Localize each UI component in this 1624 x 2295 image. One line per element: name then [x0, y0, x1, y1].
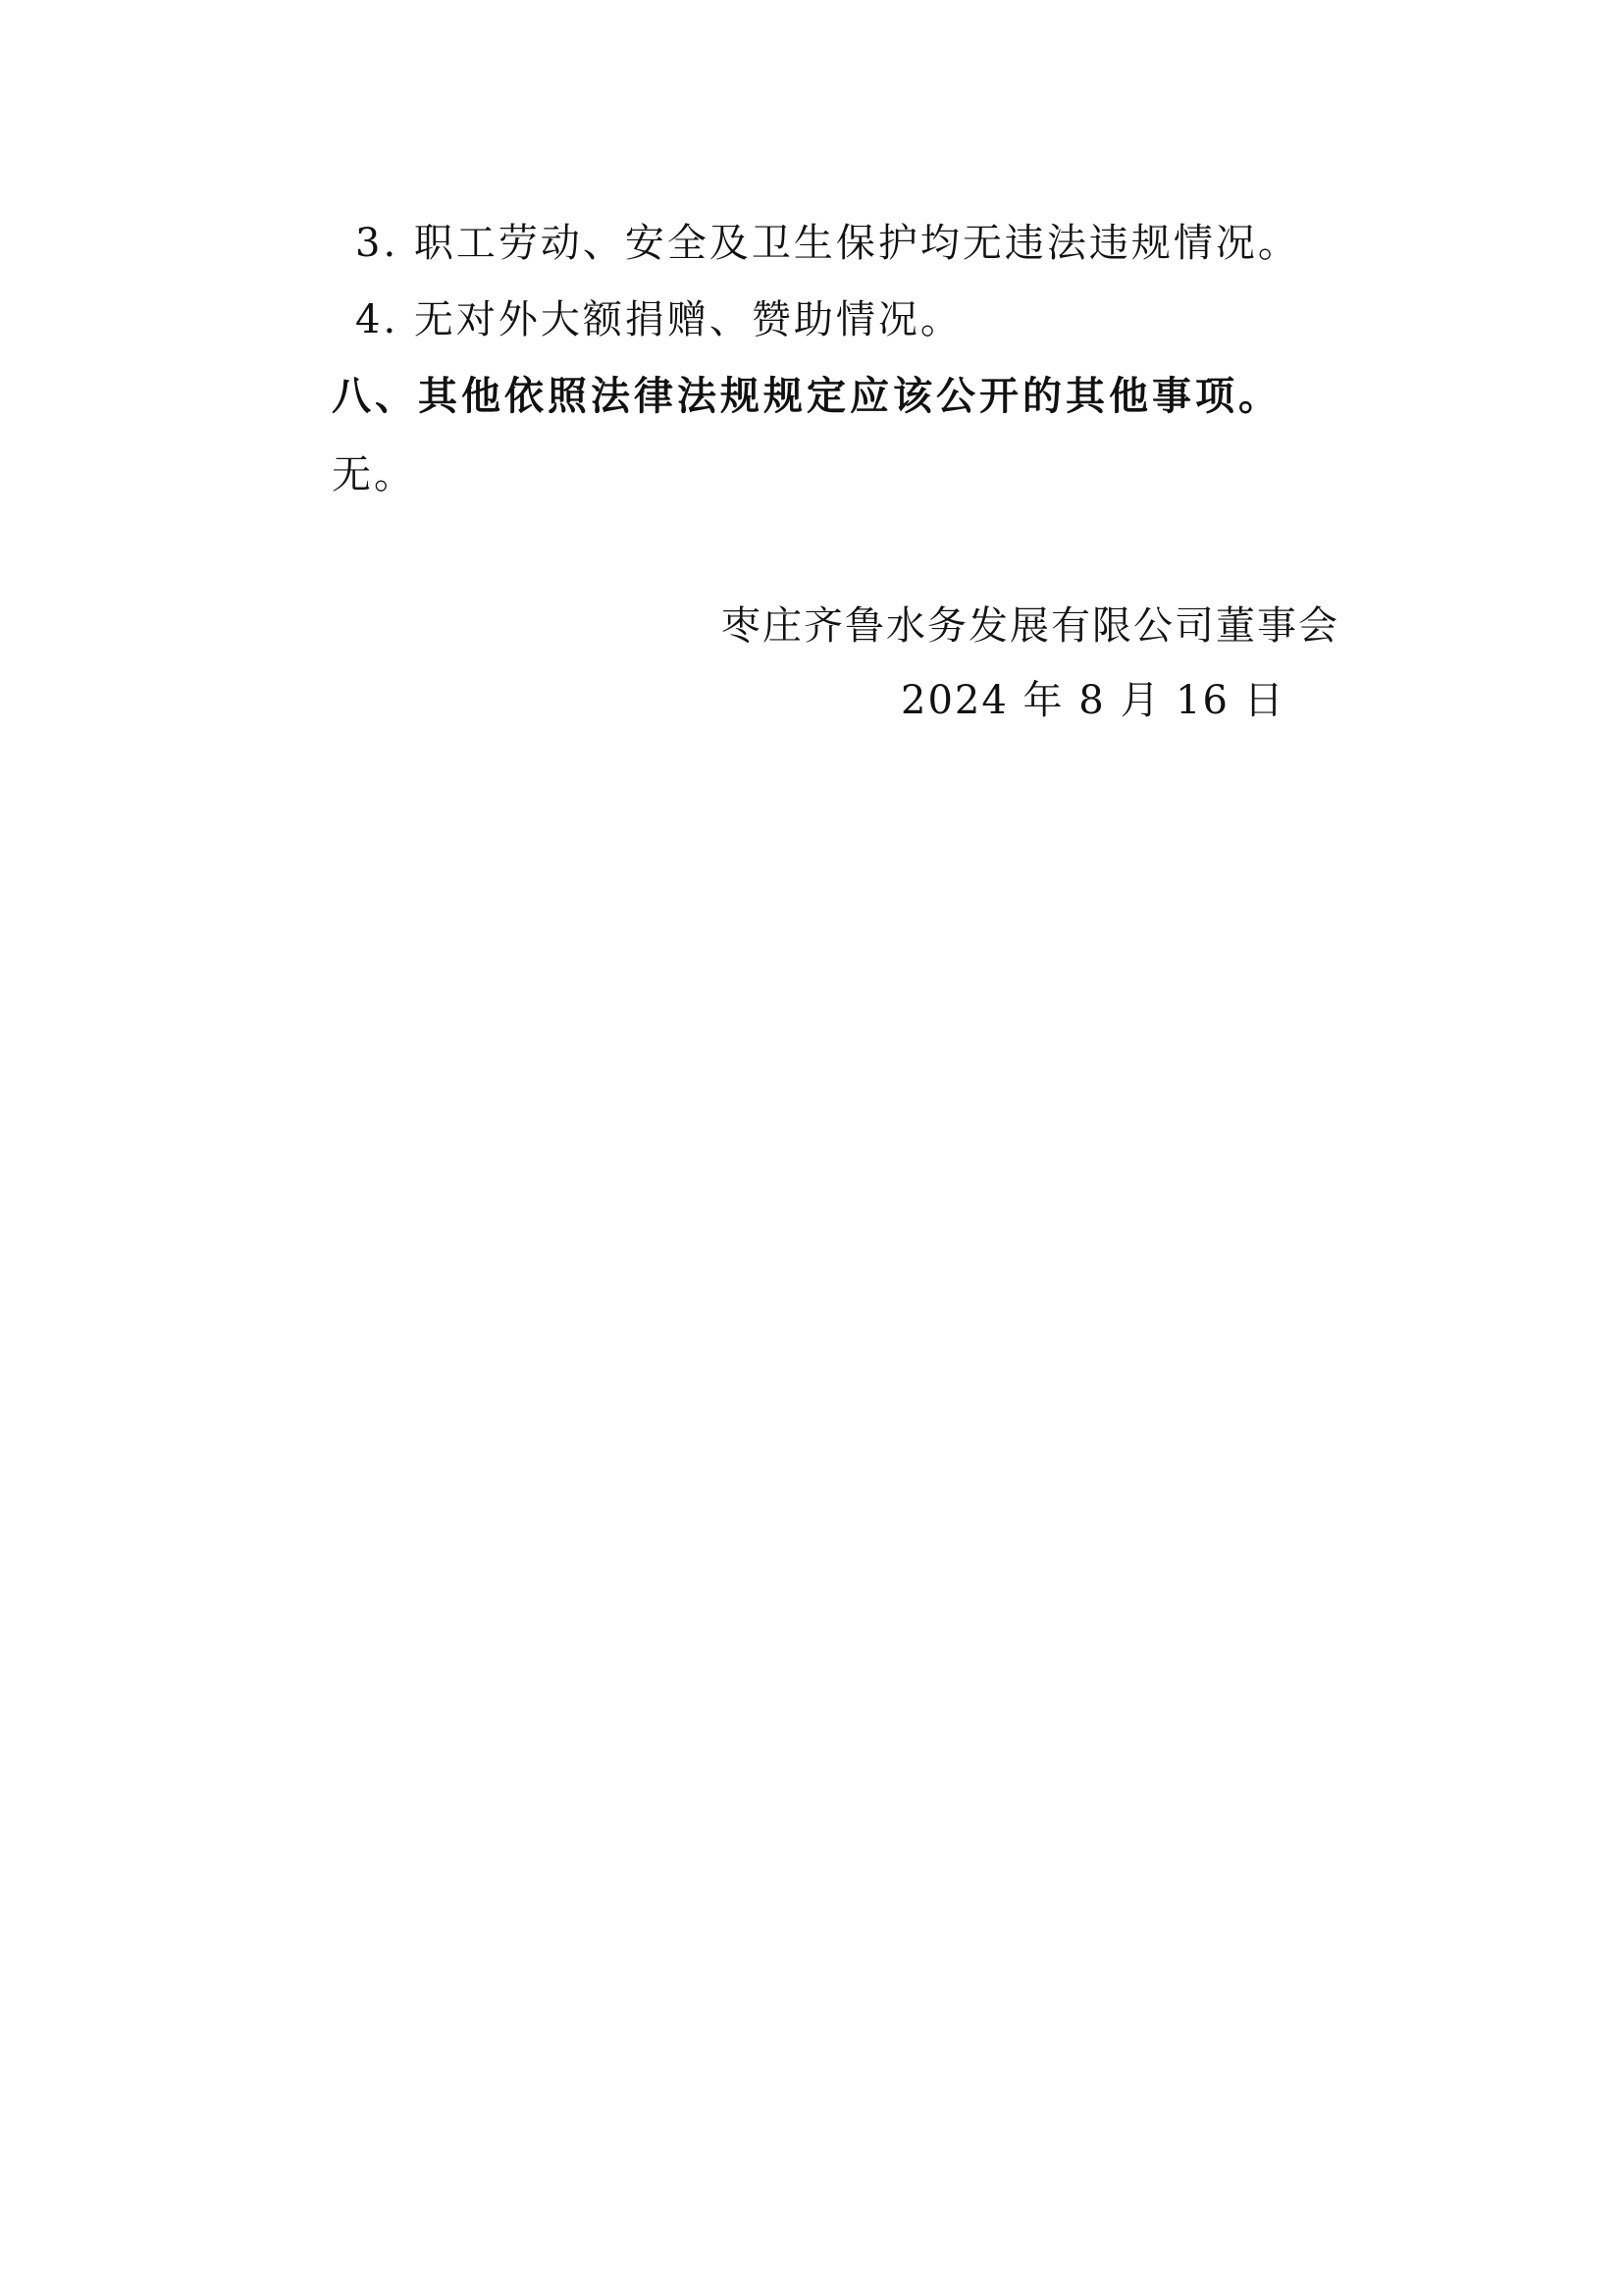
list-item: 3. 职工劳动、安全及卫生保护均无违法违规情况。	[355, 220, 1300, 267]
list-item: 4. 无对外大额捐赠、赞助情况。	[355, 296, 963, 343]
signature-date: 2024 年 8 月 16 日	[901, 677, 1285, 724]
signature: 枣庄齐鲁水务发展有限公司董事会	[721, 602, 1339, 650]
section-body: 无。	[332, 451, 416, 498]
section-heading: 八、其他依照法律法规规定应该公开的其他事项。	[332, 373, 1282, 420]
